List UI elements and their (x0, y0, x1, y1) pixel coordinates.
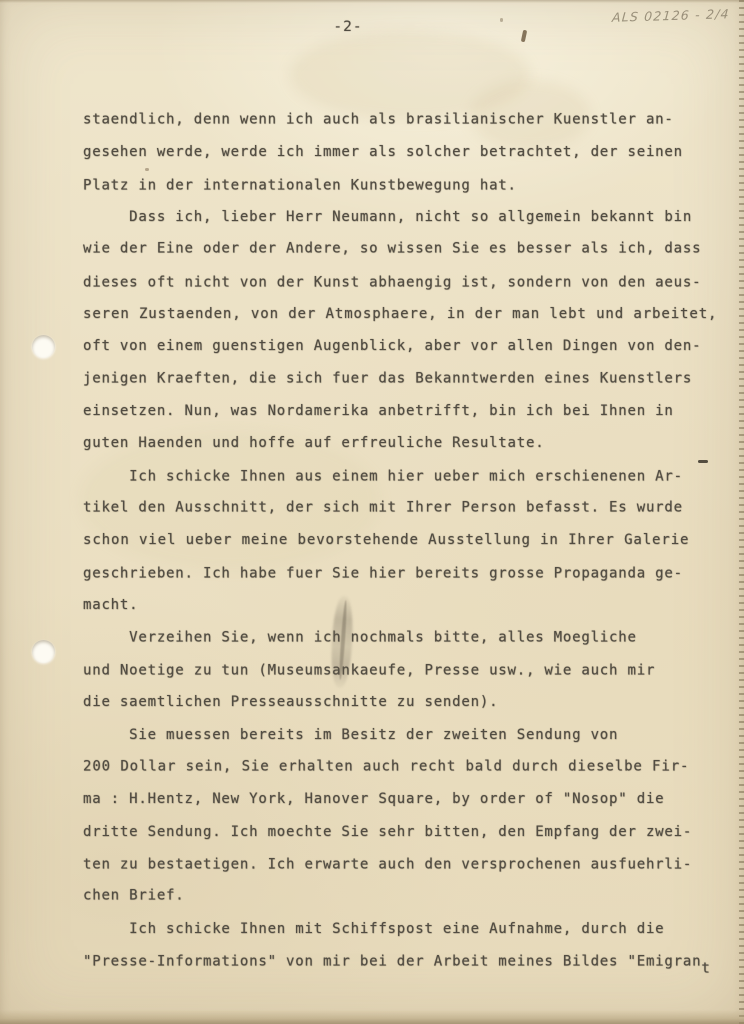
letter-line: guten Haenden und hoffe auf erfreuliche … (83, 427, 723, 459)
letter-line: tikel den Ausschnitt, der sich mit Ihrer… (83, 492, 723, 524)
letter-line: Verzeihen Sie, wenn ich nochmals bitte, … (83, 621, 723, 653)
letter-line: jenigen Kraeften, die sich fuer das Beka… (83, 362, 723, 394)
scan-bottom-edge (0, 1010, 744, 1024)
letter-line: einsetzen. Nun, was Nordamerika anbetrif… (83, 395, 723, 427)
archive-annotation: ALS 02126 - 2/4 (612, 6, 731, 25)
ink-speck (461, 928, 465, 932)
letter-line: wie der Eine oder der Andere, so wissen … (83, 233, 723, 265)
letter-line: dritte Sendung. Ich moechte Sie sehr bit… (83, 816, 723, 848)
letter-line: oft von einem guenstigen Augenblick, abe… (83, 330, 723, 362)
letter-line-last-text: "Presse-Informations" von mir bei der Ar… (83, 954, 701, 970)
punch-hole-top (32, 335, 55, 358)
page-number: -2- (298, 19, 398, 35)
letter-line: Ich schicke Ihnen mit Schiffspost eine A… (83, 913, 723, 945)
letter-line: seren Zustaenden, von der Atmosphaere, i… (83, 298, 723, 330)
scan-top-edge (0, 0, 744, 3)
letter-line: die saemtlichen Presseausschnitte zu sen… (83, 686, 723, 718)
letter-line: 200 Dollar sein, Sie erhalten auch recht… (83, 750, 723, 782)
ink-speck (500, 18, 503, 22)
letter-line: geschrieben. Ich habe fuer Sie hier bere… (83, 557, 723, 589)
letter-line-last: "Presse-Informations" von mir bei der Ar… (83, 946, 723, 978)
ink-speck (145, 168, 149, 171)
letter-line: macht. (83, 589, 723, 621)
letter-line: dieses oft nicht von der Kunst abhaengig… (83, 266, 723, 298)
dropped-typebar-char: t (701, 953, 710, 985)
punch-hole-bottom (32, 640, 55, 663)
letter-line: Ich schicke Ihnen aus einem hier ueber m… (83, 460, 723, 492)
torn-right-edge (739, 0, 744, 1024)
ink-speck (521, 30, 527, 43)
letter-line: schon viel ueber meine bevorstehende Aus… (83, 524, 723, 556)
letter-line: gesehen werde, werde ich immer als solch… (83, 136, 723, 168)
letter-line: staendlich, denn wenn ich auch als brasi… (83, 104, 723, 136)
letter-body: staendlich, denn wenn ich auch als brasi… (83, 104, 723, 977)
letter-line: Dass ich, lieber Herr Neumann, nicht so … (83, 201, 723, 233)
letter-line: ten zu bestaetigen. Ich erwarte auch den… (83, 849, 723, 881)
letter-line: und Noetige zu tun (Museumsankaeufe, Pre… (83, 654, 723, 686)
letter-page: ALS 02126 - 2/4 -2- staendlich, denn wen… (0, 0, 744, 1024)
letter-line: ma : H.Hentz, New York, Hanover Square, … (83, 783, 723, 815)
letter-line: Platz in der internationalen Kunstbewegu… (83, 169, 723, 201)
letter-line: Sie muessen bereits im Besitz der zweite… (83, 719, 723, 751)
letter-line: chen Brief. (83, 880, 723, 912)
ink-speck (698, 460, 708, 463)
